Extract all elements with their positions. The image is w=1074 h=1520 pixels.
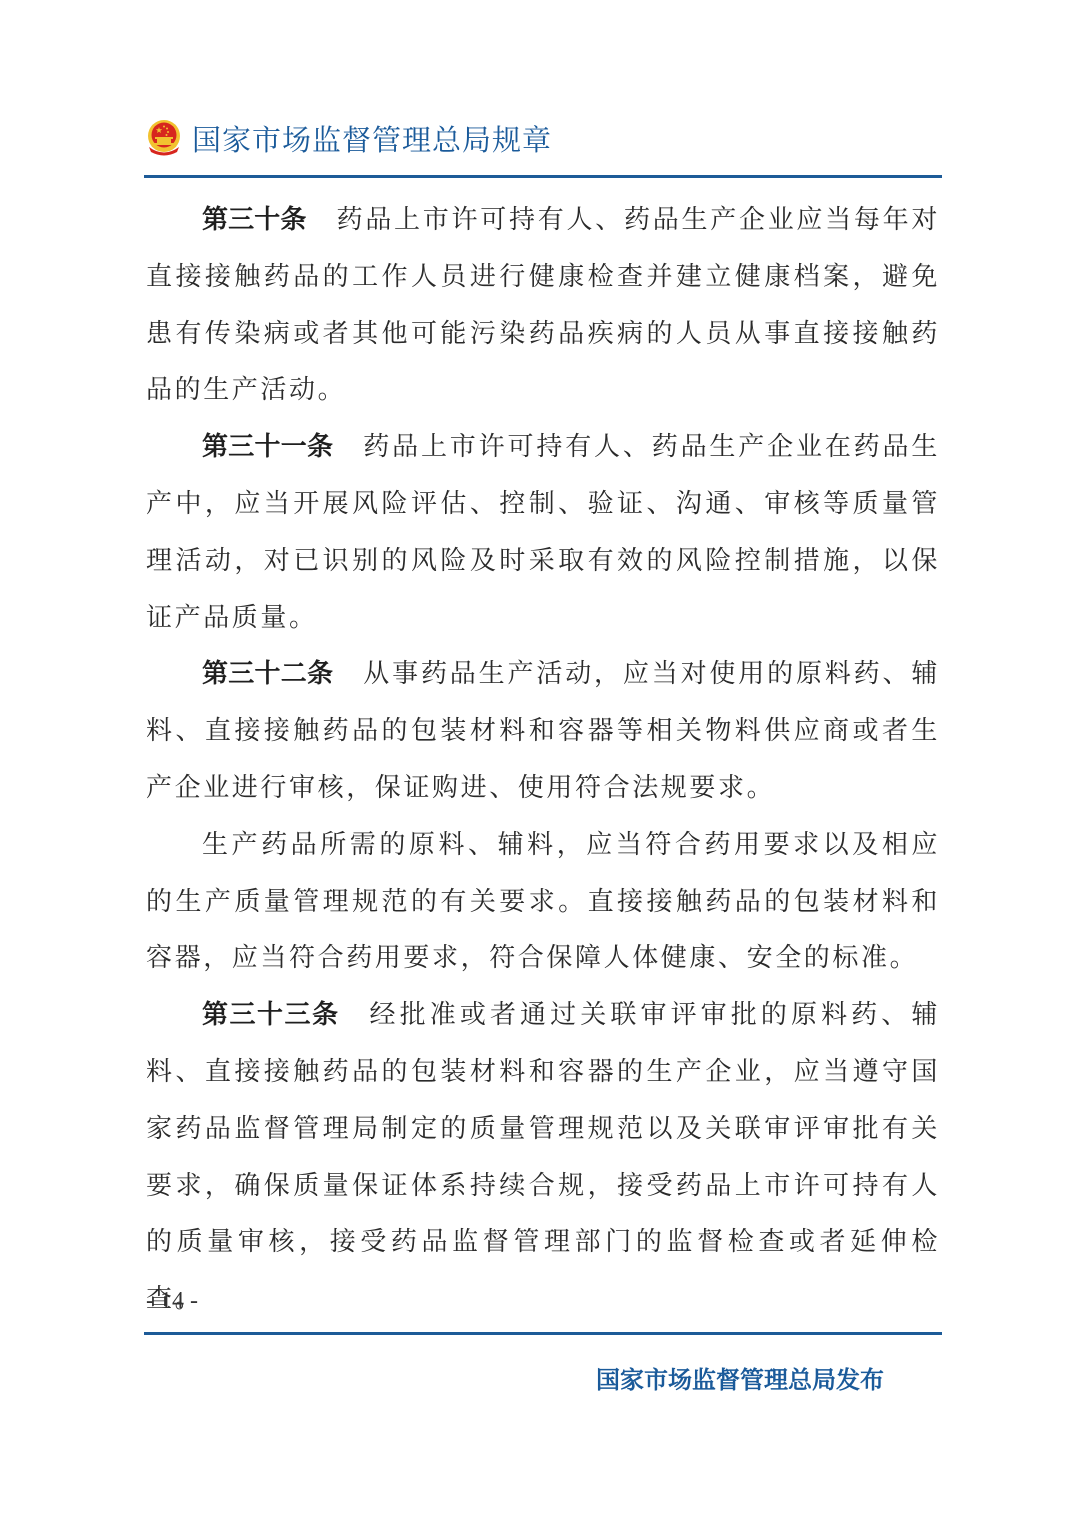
article-text: 经批准或者通过关联审评审批的原料药、辅料、直接接触药品的包装材料和容器的生产企业… <box>146 1000 940 1314</box>
page-number: - 14 - <box>146 1288 198 1315</box>
article-33: 第三十三条经批准或者通过关联审评审批的原料药、辅料、直接接触药品的包装材料和容器… <box>146 987 940 1328</box>
article-number: 第三十一条 <box>202 432 333 462</box>
article-32: 第三十二条从事药品生产活动，应当对使用的原料药、辅料、直接接触药品的包装材料和容… <box>146 646 940 816</box>
page-header: 国家市场监督管理总局规章 <box>144 116 552 160</box>
article-number: 第三十条 <box>202 205 307 235</box>
footer-divider <box>144 1332 942 1335</box>
article-text: 药品上市许可持有人、药品生产企业在药品生产中，应当开展风险评估、控制、验证、沟通… <box>146 432 940 632</box>
header-title: 国家市场监督管理总局规章 <box>192 118 552 159</box>
article-30: 第三十条药品上市许可持有人、药品生产企业应当每年对直接接触药品的工作人员进行健康… <box>146 192 940 419</box>
article-number: 第三十三条 <box>202 1000 340 1030</box>
article-31: 第三十一条药品上市许可持有人、药品生产企业在药品生产中，应当开展风险评估、控制、… <box>146 419 940 646</box>
article-text: 药品上市许可持有人、药品生产企业应当每年对直接接触药品的工作人员进行健康检查并建… <box>146 205 940 405</box>
document-body: 第三十条药品上市许可持有人、药品生产企业应当每年对直接接触药品的工作人员进行健康… <box>146 192 940 1328</box>
article-32-paragraph-2: 生产药品所需的原料、辅料，应当符合药用要求以及相应的生产质量管理规范的有关要求。… <box>146 817 940 987</box>
national-emblem-icon <box>144 118 184 158</box>
header-divider <box>144 175 942 178</box>
footer-publisher: 国家市场监督管理总局发布 <box>596 1360 884 1395</box>
article-number: 第三十二条 <box>202 659 333 689</box>
